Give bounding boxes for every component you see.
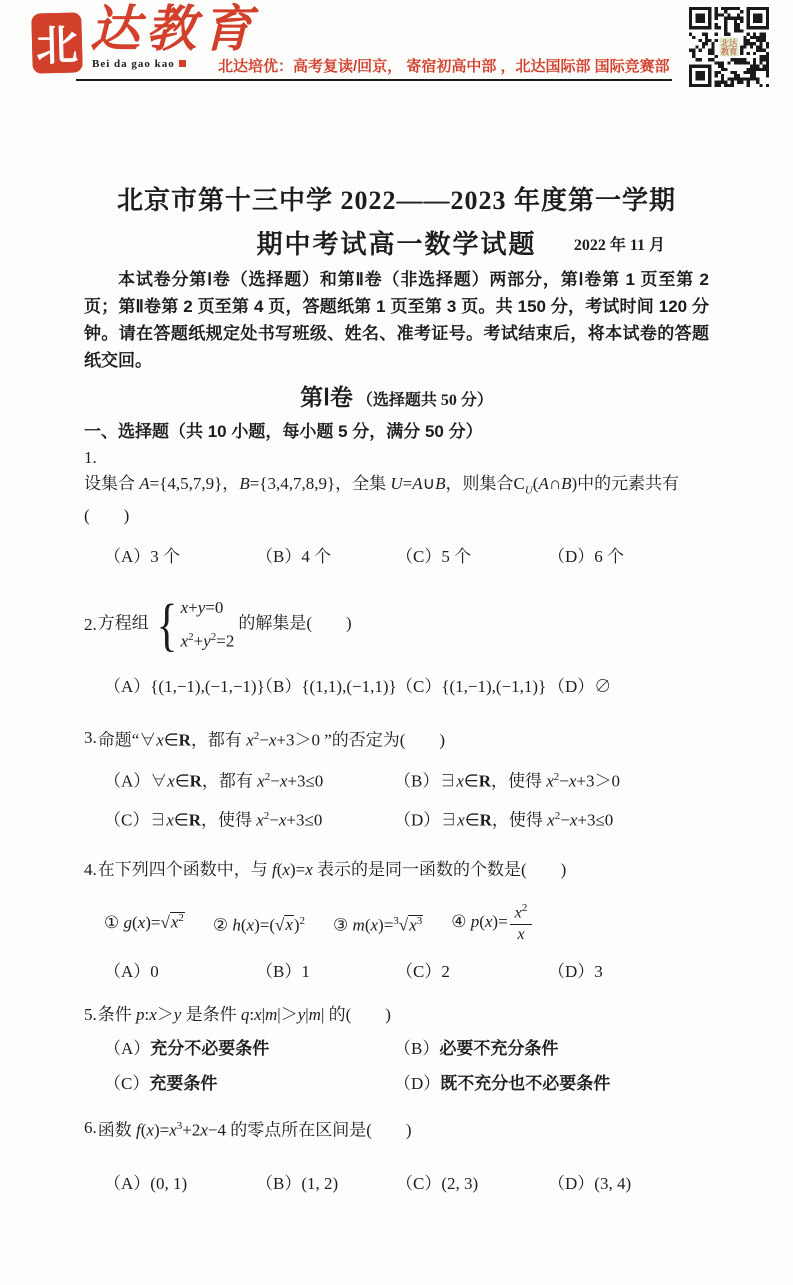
qr-code-icon: 北达 教育 bbox=[689, 7, 769, 87]
question-3-text: 命题“∀x∈R，都有 x2−x+3＞0 ”的否定为( ) bbox=[98, 723, 445, 754]
exam-body: 北京市第十三中学 2022——2023 年度第一学期 期中考试高一数学试题 20… bbox=[0, 184, 793, 1197]
question-4-function-1: ① g(x)=√x2 bbox=[104, 910, 185, 936]
exam-subtitle: 期中考试高一数学试题 bbox=[256, 224, 536, 261]
exam-subtitle-row: 期中考试高一数学试题 2022 年 11 月 bbox=[84, 224, 709, 260]
question-4-option-a: （A）0 bbox=[104, 959, 256, 985]
question-3-option-b: （B）∃x∈R，使得 x2−x+3＞0 bbox=[394, 764, 709, 795]
question-6-option-c: （C）(2, 3) bbox=[396, 1171, 548, 1197]
brand-logo-text: 达教育 bbox=[90, 0, 258, 58]
question-5-number: 5. bbox=[84, 1002, 97, 1028]
question-6: 6. 函数 f(x)=x3+2x−4 的零点所在区间是( ) （A）(0, 1)… bbox=[84, 1113, 709, 1197]
question-3-option-a: （A）∀x∈R，都有 x2−x+3≤0 bbox=[104, 764, 394, 795]
question-2-stem: 2. 方程组{x+y=0x2+y2=2的解集是( ) bbox=[84, 591, 709, 659]
question-2-option-d: （D）∅ bbox=[548, 674, 709, 700]
question-4-option-d: （D）3 bbox=[548, 959, 709, 985]
question-5-option-a: （A）充分不必要条件 bbox=[104, 1036, 394, 1062]
exam-page: 北 达教育 Bei da gao kao 北达培优：高考复读/回京， 寄宿初高中… bbox=[0, 0, 793, 1285]
question-3-number: 3. bbox=[84, 725, 97, 751]
question-4-text: 在下列四个函数中，与 f(x)=x 表示的是同一函数的个数是( ) bbox=[98, 857, 567, 883]
section-subtitle: （选择题共 50 分） bbox=[357, 392, 493, 409]
section-heading: 第Ⅰ卷 （选择题共 50 分） bbox=[84, 382, 709, 417]
question-2-option-a: （A）{(1,−1),(−1,−1)} bbox=[104, 674, 256, 700]
question-3-option-d: （D）∃x∈R，使得 x2−x+3≤0 bbox=[394, 803, 709, 834]
question-6-text: 函数 f(x)=x3+2x−4 的零点所在区间是( ) bbox=[98, 1113, 412, 1144]
question-6-option-d: （D）(3, 4) bbox=[548, 1171, 709, 1197]
question-5-option-c: （C）充要条件 bbox=[104, 1071, 394, 1097]
exam-instructions: 本试卷分第Ⅰ卷（选择题）和第Ⅱ卷（非选择题）两部分，第Ⅰ卷第 1 页至第 2 页… bbox=[84, 266, 709, 374]
question-4-function-4: ④ p(x)=x2x bbox=[451, 902, 534, 945]
question-1-option-d: （D）6 个 bbox=[548, 544, 709, 570]
question-5-stem: 5. 条件 p:x＞y 是条件 q:x|m|＞y|m| 的( ) bbox=[84, 1002, 709, 1028]
question-2: 2. 方程组{x+y=0x2+y2=2的解集是( ) （A）{(1,−1),(−… bbox=[84, 591, 709, 700]
question-1-options: （A）3 个 （B）4 个 （C）5 个 （D）6 个 bbox=[84, 544, 709, 570]
question-6-stem: 6. 函数 f(x)=x3+2x−4 的零点所在区间是( ) bbox=[84, 1113, 709, 1144]
question-3: 3. 命题“∀x∈R，都有 x2−x+3＞0 ”的否定为( ) （A）∀x∈R，… bbox=[84, 723, 709, 834]
question-4: 4. 在下列四个函数中，与 f(x)=x 表示的是同一函数的个数是( ) ① g… bbox=[84, 857, 709, 985]
question-5-text: 条件 p:x＞y 是条件 q:x|m|＞y|m| 的( ) bbox=[98, 1002, 391, 1028]
question-5-option-b: （B）必要不充分条件 bbox=[394, 1036, 709, 1062]
question-2-option-b: （B）{(1,1),(−1,1)} bbox=[256, 674, 396, 700]
question-6-options: （A）(0, 1) （B）(1, 2) （C）(2, 3) （D）(3, 4) bbox=[84, 1171, 709, 1197]
question-6-option-b: （B）(1, 2) bbox=[256, 1171, 396, 1197]
question-1-number: 1. bbox=[84, 445, 97, 471]
qr-center-label-top: 北达 bbox=[721, 38, 738, 48]
question-5-option-d: （D）既不充分也不必要条件 bbox=[394, 1071, 709, 1097]
choice-part-heading: 一、选择题（共 10 小题，每小题 5 分，满分 50 分） bbox=[84, 420, 709, 444]
question-4-number: 4. bbox=[84, 857, 97, 883]
question-5: 5. 条件 p:x＞y 是条件 q:x|m|＞y|m| 的( ) （A）充分不必… bbox=[84, 1002, 709, 1097]
header-divider bbox=[76, 79, 672, 81]
question-4-stem: 4. 在下列四个函数中，与 f(x)=x 表示的是同一函数的个数是( ) bbox=[84, 857, 709, 883]
question-3-stem: 3. 命题“∀x∈R，都有 x2−x+3＞0 ”的否定为( ) bbox=[84, 723, 709, 754]
question-2-option-c: （C）{(1,−1),(−1,1)} bbox=[396, 674, 548, 700]
question-3-options: （A）∀x∈R，都有 x2−x+3≤0 （B）∃x∈R，使得 x2−x+3＞0 … bbox=[84, 764, 709, 834]
question-1-option-b: （B）4 个 bbox=[256, 544, 396, 570]
question-1-text: 设集合 A={4,5,7,9}，B={3,4,7,8,9}，全集 U=A∪B，则… bbox=[84, 471, 709, 529]
section-title: 第Ⅰ卷 bbox=[300, 385, 353, 410]
brand-seal-logo: 北 bbox=[31, 12, 83, 73]
qr-center-label-bottom: 教育 bbox=[721, 47, 738, 57]
question-2-number: 2. bbox=[84, 612, 97, 638]
question-2-text: 方程组{x+y=0x2+y2=2的解集是( ) bbox=[98, 591, 352, 659]
brand-slogan: 北达培优：高考复读/回京， 寄宿初高中部 ，北达国际部 国际竞赛部 bbox=[218, 55, 670, 76]
question-1-option-c: （C）5 个 bbox=[396, 544, 548, 570]
question-4-function-2: ② h(x)=(√x)2 bbox=[213, 908, 305, 939]
question-5-options: （A）充分不必要条件 （B）必要不充分条件 （C）充要条件 （D）既不充分也不必… bbox=[84, 1036, 709, 1097]
exam-title: 北京市第十三中学 2022——2023 年度第一学期 bbox=[84, 184, 709, 218]
question-6-option-a: （A）(0, 1) bbox=[104, 1171, 256, 1197]
question-6-number: 6. bbox=[84, 1115, 97, 1141]
question-4-options: （A）0 （B）1 （C）2 （D）3 bbox=[84, 959, 709, 985]
brand-header: 北 达教育 Bei da gao kao 北达培优：高考复读/回京， 寄宿初高中… bbox=[0, 0, 793, 100]
question-3-option-c: （C）∃x∈R，使得 x2−x+3≤0 bbox=[104, 803, 394, 834]
question-4-functions: ① g(x)=√x2 ② h(x)=(√x)2 ③ m(x)=3√x3 ④ p(… bbox=[84, 895, 709, 951]
question-2-options: （A）{(1,−1),(−1,−1)} （B）{(1,1),(−1,1)} （C… bbox=[84, 674, 709, 700]
question-1-stem: 1. 设集合 A={4,5,7,9}，B={3,4,7,8,9}，全集 U=A∪… bbox=[84, 445, 709, 529]
brand-red-square-icon bbox=[179, 60, 186, 67]
exam-date: 2022 年 11 月 bbox=[574, 232, 665, 255]
brand-logo-subtitle: Bei da gao kao bbox=[92, 58, 186, 70]
brand-logo-subtitle-text: Bei da gao kao bbox=[92, 58, 175, 70]
question-4-option-c: （C）2 bbox=[396, 959, 548, 985]
question-1: 1. 设集合 A={4,5,7,9}，B={3,4,7,8,9}，全集 U=A∪… bbox=[84, 445, 709, 570]
question-1-option-a: （A）3 个 bbox=[104, 544, 256, 570]
question-4-option-b: （B）1 bbox=[256, 959, 396, 985]
question-4-function-3: ③ m(x)=3√x3 bbox=[333, 908, 423, 939]
